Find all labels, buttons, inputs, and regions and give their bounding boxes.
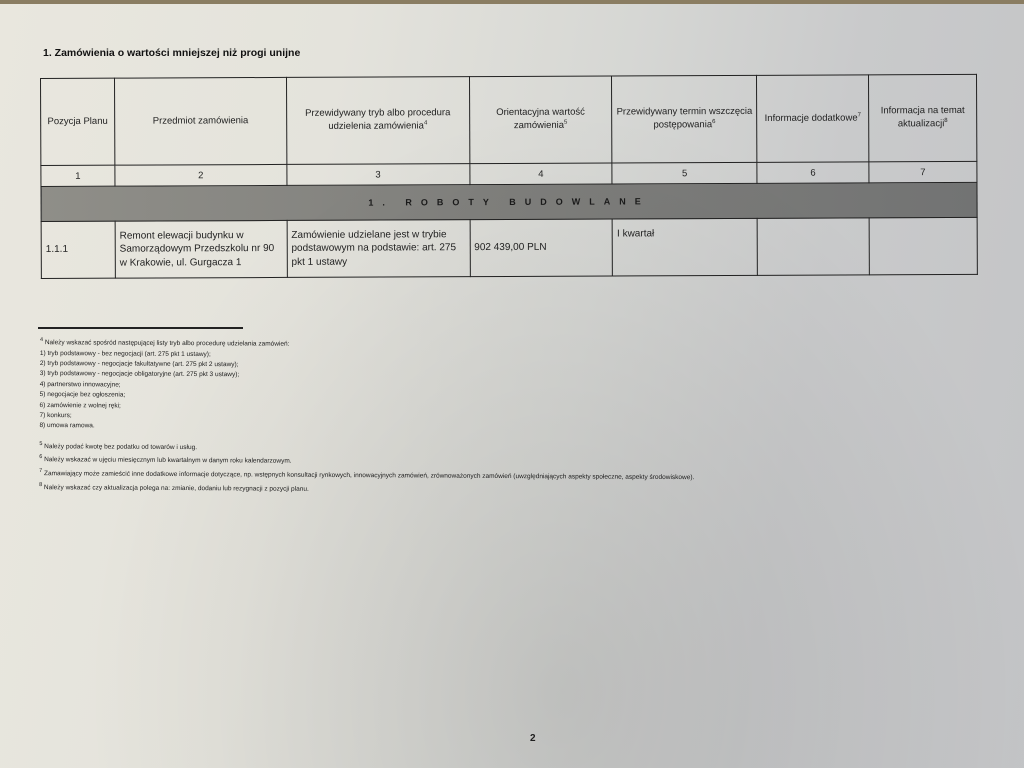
cell-update-info xyxy=(869,217,977,274)
group-row: 1. ROBOTY BUDOWLANE xyxy=(41,182,977,221)
table-row: 1.1.1 Remont elewacji budynku w Samorząd… xyxy=(41,217,977,278)
column-number: 4 xyxy=(469,163,612,185)
column-number: 6 xyxy=(757,162,869,183)
header-cell: Przedmiot zamówienia xyxy=(114,77,286,165)
header-cell: Pozycja Planu xyxy=(41,78,115,165)
cell-value: 902 439,00 PLN xyxy=(470,219,613,277)
footnotes: 4 Należy wskazać spośród następującej li… xyxy=(39,335,695,497)
cell-term: I kwartał xyxy=(612,218,757,276)
header-cell: Orientacyjna wartość zamówienia5 xyxy=(469,76,612,164)
cell-subject: Remont elewacji budynku w Samorządowym P… xyxy=(115,220,287,278)
cell-position: 1.1.1 xyxy=(41,221,115,278)
section-title: 1. Zamówienia o wartości mniejszej niż p… xyxy=(43,47,300,59)
column-number: 7 xyxy=(869,161,977,182)
header-cell: Przewidywany tryb albo procedura udziele… xyxy=(286,77,469,165)
footnote-4: 4 Należy wskazać spośród następującej li… xyxy=(39,335,695,436)
column-number: 1 xyxy=(41,165,115,186)
group-title: 1. ROBOTY BUDOWLANE xyxy=(41,182,977,221)
cell-additional-info xyxy=(757,218,869,275)
column-number: 2 xyxy=(115,164,287,186)
header-row: Pozycja Planu Przedmiot zamówienia Przew… xyxy=(41,74,977,165)
header-cell: Informacja na temat aktualizacji8 xyxy=(869,74,977,161)
header-cell: Przewidywany termin wszczęcia postępowan… xyxy=(612,75,757,163)
cell-procedure: Zamówienie udzielane jest w trybie podst… xyxy=(287,220,470,278)
column-number: 5 xyxy=(612,162,757,184)
footnote-separator xyxy=(38,327,243,329)
header-cell: Informacje dodatkowe7 xyxy=(757,75,869,162)
column-number: 3 xyxy=(287,164,470,186)
procurement-plan-table: Pozycja Planu Przedmiot zamówienia Przew… xyxy=(40,74,978,279)
document-page: 1. Zamówienia o wartości mniejszej niż p… xyxy=(0,4,1024,768)
page-number: 2 xyxy=(530,733,536,744)
